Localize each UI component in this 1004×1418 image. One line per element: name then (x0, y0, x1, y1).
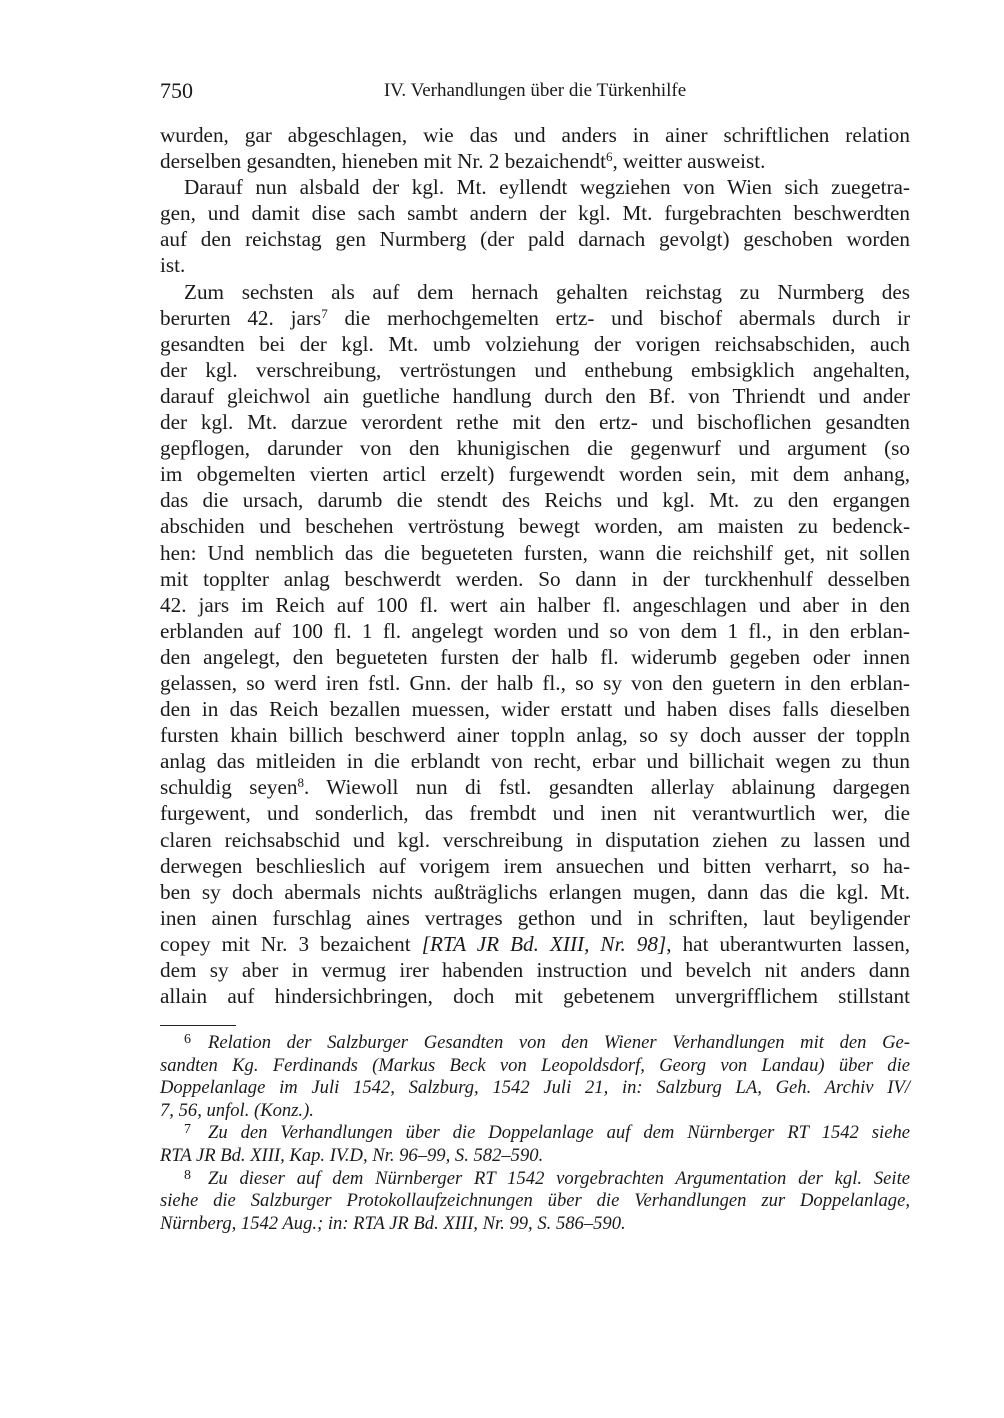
text-line: derwegen beschlieslich auf vorigem irem … (160, 853, 910, 879)
text-line: gen, und damit dise sach sambt andern de… (160, 200, 910, 226)
page-header: 750 IV. Verhandlungen über die Türkenhil… (160, 78, 910, 108)
text-line: auf den reichstag gen Nurmberg (der pald… (160, 226, 910, 252)
text-line: anlag das mitleiden in die erblandt von … (160, 748, 910, 774)
text-line: fursten khain billich beschwerd ainer to… (160, 722, 910, 748)
text-line: copey mit Nr. 3 bezaichent [RTA JR Bd. X… (160, 931, 910, 957)
footnote-6: 6Relation der Salzburger Gesandten von d… (160, 1032, 910, 1122)
footnote-line: 7Zu den Verhandlungen über die Doppelanl… (160, 1122, 910, 1145)
text-line: furgewent, und sonderlich, das frembdt u… (160, 800, 910, 826)
footnote-line: 7, 56, unfol. (Konz.). (160, 1100, 910, 1123)
text-line: mit topplter anlag beschwerdt werden. So… (160, 566, 910, 592)
editorial-reference: [RTA JR Bd. XIII, Nr. 98] (422, 932, 667, 956)
footnote-7: 7Zu den Verhandlungen über die Doppelanl… (160, 1122, 910, 1167)
text-line: inen ainen furschlag aines vertrages get… (160, 905, 910, 931)
text-line: den in das Reich bezallen muessen, wider… (160, 696, 910, 722)
footnote-8: 8Zu dieser auf dem Nürnberger RT 1542 vo… (160, 1168, 910, 1236)
text-line: allain auf hindersichbringen, doch mit g… (160, 983, 910, 1009)
text-line: dem sy aber in vermug irer habenden inst… (160, 957, 910, 983)
text-line: ist. (160, 252, 910, 278)
text-line: schuldig seyen8. Wiewoll nun di fstl. ge… (160, 774, 910, 800)
footnote-line: siehe die Salzburger Protokollaufzeichnu… (160, 1190, 910, 1213)
footnote-line: Doppelanlage im Juli 1542, Salzburg, 154… (160, 1077, 910, 1100)
main-text: wurden, gar abgeschlagen, wie das und an… (160, 122, 910, 1009)
footnote-line: Nürnberg, 1542 Aug.; in: RTA JR Bd. XIII… (160, 1213, 910, 1236)
text-line: wurden, gar abgeschlagen, wie das und an… (160, 122, 910, 148)
footnotes: 6Relation der Salzburger Gesandten von d… (160, 1032, 910, 1235)
text-line: ben sy doch abermals nichts außträglichs… (160, 879, 910, 905)
text-line: das die ursach, darumb die stendt des Re… (160, 487, 910, 513)
footnote-line: RTA JR Bd. XIII, Kap. IV.D, Nr. 96–99, S… (160, 1145, 910, 1168)
text-line: Zum sechsten als auf dem hernach gehalte… (160, 279, 910, 305)
text-line: den angelegt, den begueteten fursten der… (160, 644, 910, 670)
footnote-separator (160, 1025, 236, 1026)
text-line: im obgemelten vierten articl erzelt) fur… (160, 461, 910, 487)
text-line: gelassen, so werd iren fstl. Gnn. der ha… (160, 670, 910, 696)
text-line: gepflogen, darunder von den khunigischen… (160, 435, 910, 461)
running-head: IV. Verhandlungen über die Türkenhilfe (160, 80, 910, 102)
footnote-line: sandten Kg. Ferdinands (Markus Beck von … (160, 1055, 910, 1078)
text-line: der kgl. Mt. darzue verordent rethe mit … (160, 409, 910, 435)
text-line: berurten 42. jars7 die merhochgemelten e… (160, 305, 910, 331)
footnote-line: 6Relation der Salzburger Gesandten von d… (160, 1032, 910, 1055)
text-line: hen: Und nemblich das die begueteten fur… (160, 540, 910, 566)
footnote-line: 8Zu dieser auf dem Nürnberger RT 1542 vo… (160, 1168, 910, 1191)
text-line: der kgl. verschreibung, vertröstungen un… (160, 357, 910, 383)
text-line: 42. jars im Reich auf 100 fl. wert ain h… (160, 592, 910, 618)
text-line: abschiden und beschehen vertröstung bewe… (160, 513, 910, 539)
text-line: Darauf nun alsbald der kgl. Mt. eyllendt… (160, 174, 910, 200)
text-line: erblanden auf 100 fl. 1 fl. angelegt wor… (160, 618, 910, 644)
text-line: gesandten bei der kgl. Mt. umb volziehun… (160, 331, 910, 357)
text-line: derselben gesandten, hieneben mit Nr. 2 … (160, 148, 910, 174)
text-line: claren reichsabschid und kgl. verschreib… (160, 827, 910, 853)
text-line: darauf gleichwol ain guetliche handlung … (160, 383, 910, 409)
